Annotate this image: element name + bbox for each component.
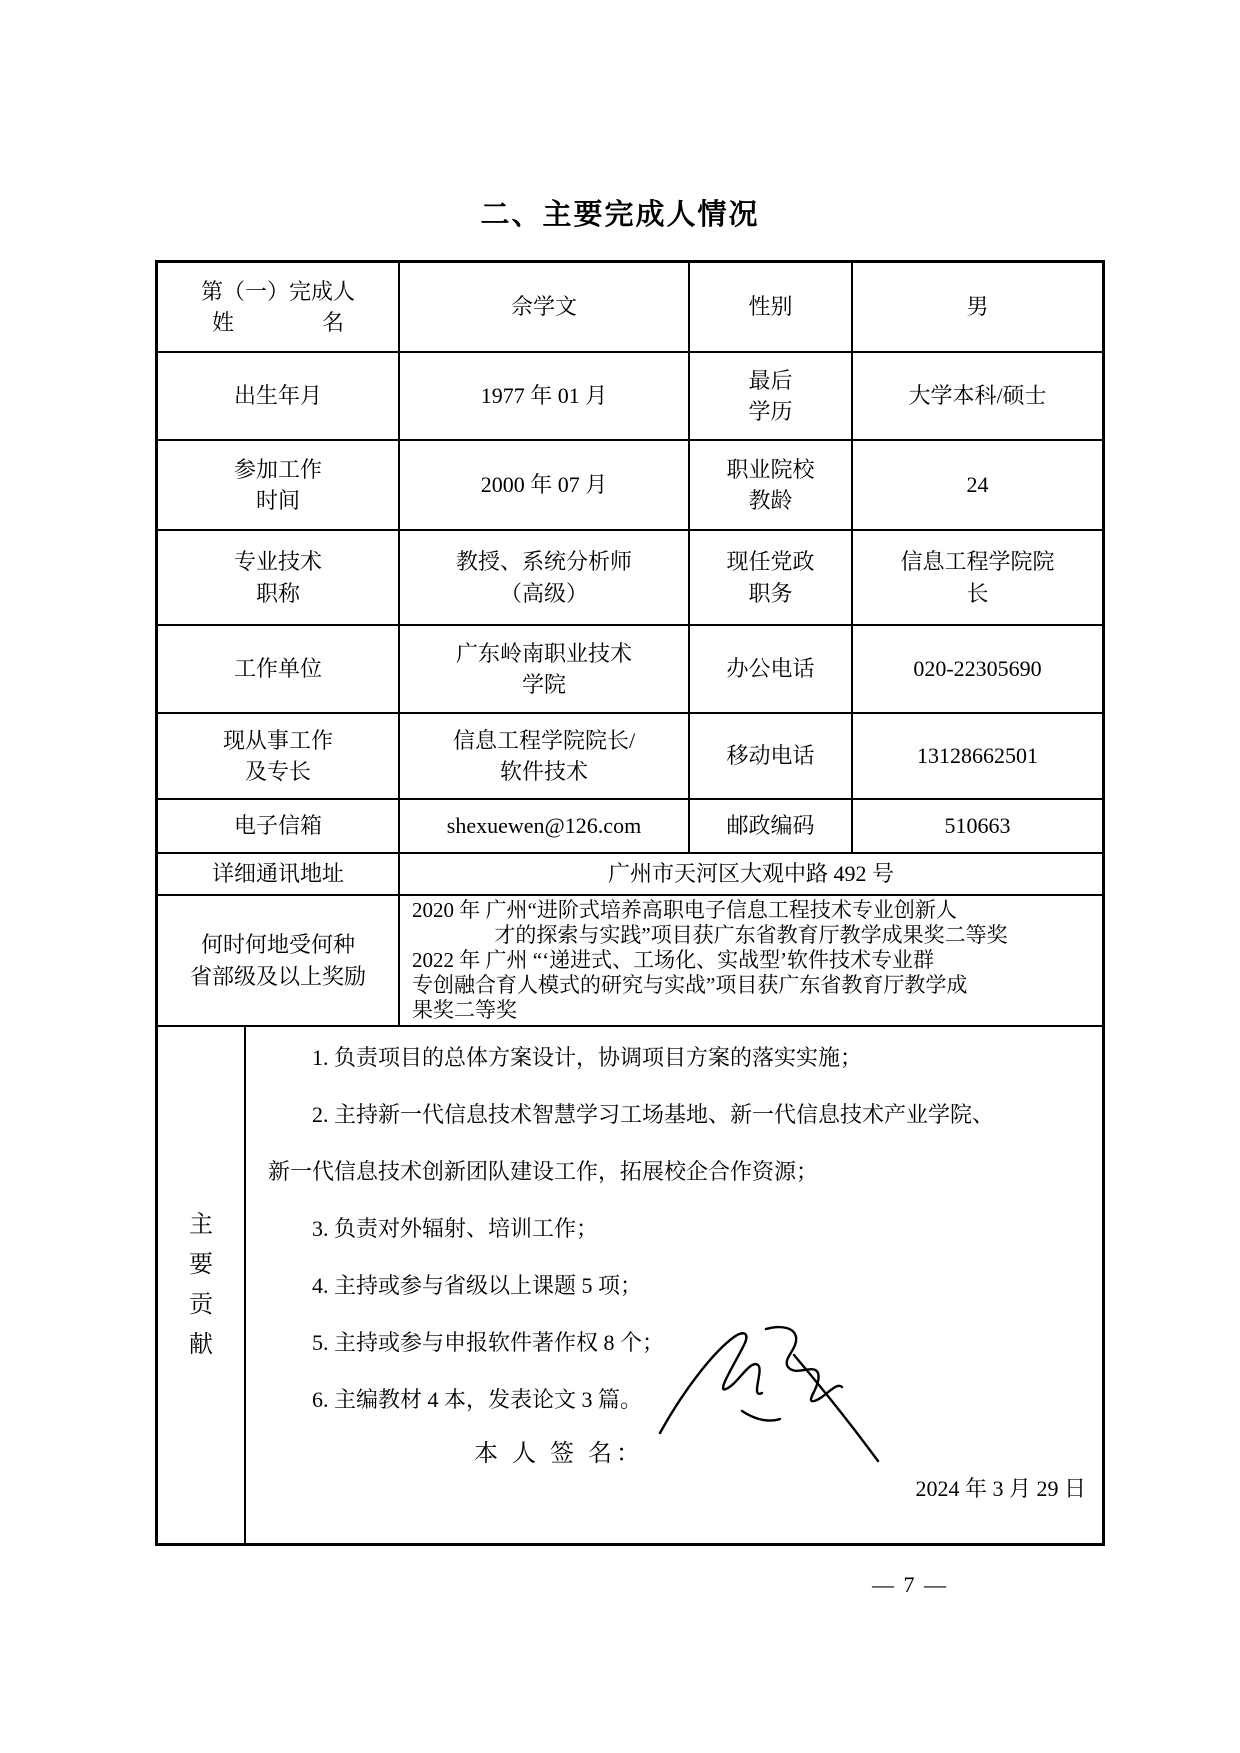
field-label-main-contributions: 主要贡献 bbox=[158, 1027, 246, 1543]
field-label-employer: 工作单位 bbox=[158, 626, 400, 712]
field-label-last-education: 最后学历 bbox=[690, 353, 853, 439]
field-label-professional-title: 专业技术职称 bbox=[158, 531, 400, 624]
table-row-main-contributions: 主要贡献 1. 负责项目的总体方案设计，协调项目方案的落实实施；2. 主持新一代… bbox=[158, 1027, 1102, 1543]
field-label-office-phone: 办公电话 bbox=[690, 626, 853, 712]
field-label-current-work: 现从事工作及专长 bbox=[158, 714, 400, 798]
field-label-postal-code: 邮政编码 bbox=[690, 800, 853, 852]
signature-image bbox=[646, 1315, 896, 1480]
field-value-mailing-address: 广州市天河区大观中路 492 号 bbox=[400, 854, 1102, 894]
page-number: — 7 — bbox=[872, 1572, 948, 1598]
field-value-main-contributions: 1. 负责项目的总体方案设计，协调项目方案的落实实施；2. 主持新一代信息技术智… bbox=[246, 1027, 1102, 1543]
field-label-teaching-years: 职业院校教龄 bbox=[690, 441, 853, 529]
table-row-work-start: 参加工作时间 2000 年 07 月 职业院校教龄 24 bbox=[158, 441, 1102, 531]
table-row-address: 详细通讯地址 广州市天河区大观中路 492 号 bbox=[158, 854, 1102, 896]
field-value-teaching-years: 24 bbox=[853, 441, 1102, 529]
field-value-professional-title: 教授、系统分析师（高级） bbox=[400, 531, 690, 624]
field-value-office-phone: 020-22305690 bbox=[853, 626, 1102, 712]
field-value-email: shexuewen@126.com bbox=[400, 800, 690, 852]
table-row-email: 电子信箱 shexuewen@126.com 邮政编码 510663 bbox=[158, 800, 1102, 854]
field-value-last-education: 大学本科/硕士 bbox=[853, 353, 1102, 439]
field-label-completer-name: 第（一）完成人姓 名 bbox=[158, 263, 400, 351]
page-title: 二、主要完成人情况 bbox=[0, 192, 1240, 233]
field-label-awards: 何时何地受何种省部级及以上奖励 bbox=[158, 896, 400, 1025]
table-row-current-work: 现从事工作及专长 信息工程学院院长/软件技术 移动电话 13128662501 bbox=[158, 714, 1102, 800]
field-value-employer: 广东岭南职业技术学院 bbox=[400, 626, 690, 712]
field-value-current-position: 信息工程学院院长 bbox=[853, 531, 1102, 624]
field-label-mobile-phone: 移动电话 bbox=[690, 714, 853, 798]
field-value-awards: 2020 年 广州“进阶式培养高职电子信息工程技术专业创新人才的探索与实践”项目… bbox=[400, 896, 1102, 1025]
signature-label: 本 人 签 名： bbox=[474, 1437, 644, 1471]
field-value-gender: 男 bbox=[853, 263, 1102, 351]
field-label-birth-date: 出生年月 bbox=[158, 353, 400, 439]
table-row-birth: 出生年月 1977 年 01 月 最后学历 大学本科/硕士 bbox=[158, 353, 1102, 441]
field-value-mobile-phone: 13128662501 bbox=[853, 714, 1102, 798]
document-page: 二、主要完成人情况 第（一）完成人姓 名 佘学文 性别 男 出生年月 1977 … bbox=[0, 0, 1240, 1753]
table-row-employer: 工作单位 广东岭南职业技术学院 办公电话 020-22305690 bbox=[158, 626, 1102, 714]
field-value-birth-date: 1977 年 01 月 bbox=[400, 353, 690, 439]
field-value-current-work: 信息工程学院院长/软件技术 bbox=[400, 714, 690, 798]
table-row-name: 第（一）完成人姓 名 佘学文 性别 男 bbox=[158, 263, 1102, 353]
signature-date: 2024 年 3 月 29 日 bbox=[915, 1473, 1086, 1504]
field-label-email: 电子信箱 bbox=[158, 800, 400, 852]
field-label-mailing-address: 详细通讯地址 bbox=[158, 854, 400, 894]
table-row-awards: 何时何地受何种省部级及以上奖励 2020 年 广州“进阶式培养高职电子信息工程技… bbox=[158, 896, 1102, 1027]
field-label-work-start-time: 参加工作时间 bbox=[158, 441, 400, 529]
field-label-current-position: 现任党政职务 bbox=[690, 531, 853, 624]
field-value-postal-code: 510663 bbox=[853, 800, 1102, 852]
table-row-title: 专业技术职称 教授、系统分析师（高级） 现任党政职务 信息工程学院院长 bbox=[158, 531, 1102, 626]
field-label-gender: 性别 bbox=[690, 263, 853, 351]
field-value-work-start-time: 2000 年 07 月 bbox=[400, 441, 690, 529]
field-value-completer-name: 佘学文 bbox=[400, 263, 690, 351]
completer-info-table: 第（一）完成人姓 名 佘学文 性别 男 出生年月 1977 年 01 月 最后学… bbox=[155, 260, 1105, 1546]
